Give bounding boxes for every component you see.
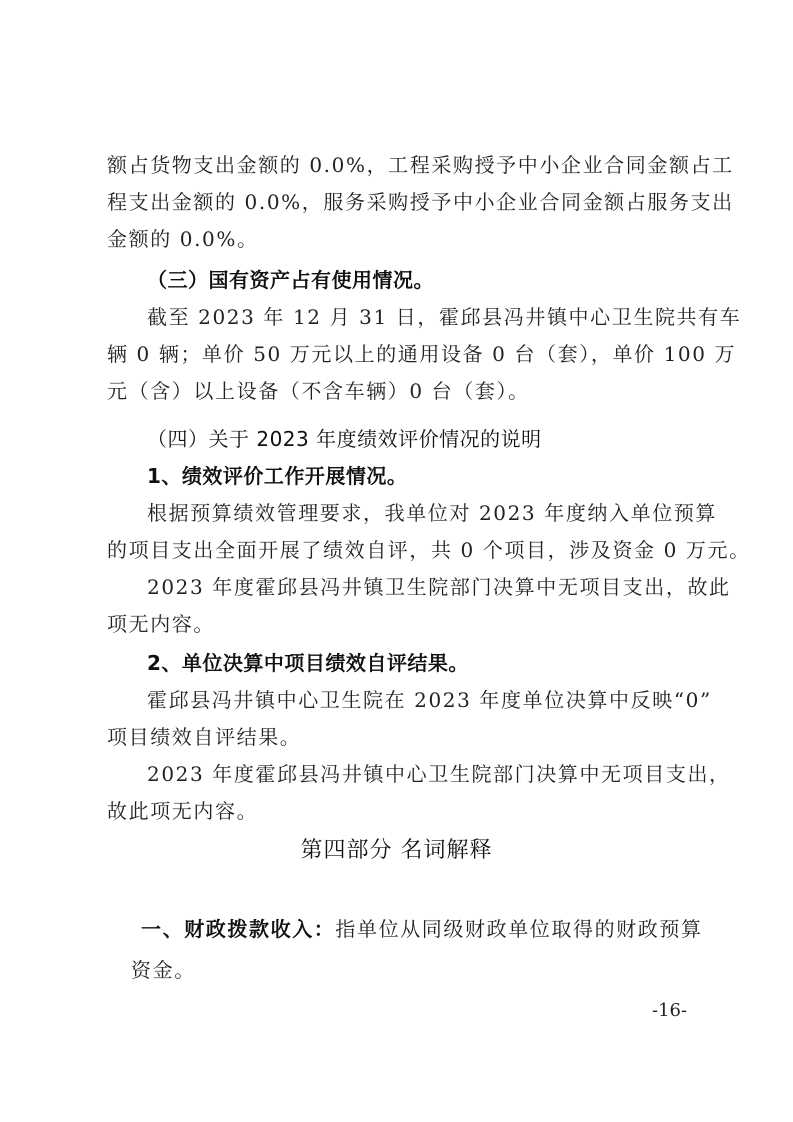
paragraph-line: 2023 年度霍邱县冯井镇卫生院部门决算中无项目支出，故此	[147, 575, 691, 599]
paragraph-line: 项无内容。	[107, 612, 691, 636]
paragraph-line: 金额的 0.0%。	[107, 227, 691, 251]
paragraph-line: 项目绩效自评结果。	[107, 725, 691, 749]
section-heading-performance: （四）关于 2023 年度绩效评价情况的说明	[147, 427, 691, 451]
paragraph-line: 额占货物支出金额的 0.0%，工程采购授予中小企业合同金额占工	[107, 153, 691, 177]
paragraph-line: 程支出金额的 0.0%，服务采购授予中小企业合同金额占服务支出	[107, 190, 691, 214]
paragraph-line: 截至 2023 年 12 月 31 日，霍邱县冯井镇中心卫生院共有车	[147, 305, 691, 329]
paragraph-line: 根据预算绩效管理要求，我单位对 2023 年度纳入单位预算	[147, 501, 691, 525]
subsection-heading-1: 1、绩效评价工作开展情况。	[147, 464, 691, 488]
paragraph-line: 霍邱县冯井镇中心卫生院在 2023 年度单位决算中反映“0”	[147, 688, 691, 712]
term-text: 指单位从同级财政单位取得的财政预算	[335, 917, 702, 941]
paragraph-line: 资金。	[131, 958, 715, 982]
section-heading-assets: （三）国有资产占有使用情况。	[147, 268, 691, 292]
paragraph-line: 的项目支出全面开展了绩效自评，共 0 个项目，涉及资金 0 万元。	[107, 538, 691, 562]
term-label: 一、财政拨款收入：	[141, 917, 335, 941]
paragraph-line: 故此项无内容。	[107, 799, 691, 823]
term-definition: 一、财政拨款收入：指单位从同级财政单位取得的财政预算	[141, 917, 691, 941]
subsection-heading-2: 2、单位决算中项目绩效自评结果。	[147, 651, 691, 675]
paragraph-line: 辆 0 辆；单价 50 万元以上的通用设备 0 台（套），单价 100 万	[107, 342, 691, 366]
document-page: 额占货物支出金额的 0.0%，工程采购授予中小企业合同金额占工 程支出金额的 0…	[0, 0, 793, 1122]
paragraph-line: 2023 年度霍邱县冯井镇中心卫生院部门决算中无项目支出，	[147, 762, 691, 786]
paragraph-line: 元（含）以上设备（不含车辆）0 台（套）。	[107, 379, 691, 403]
part-title: 第四部分 名词解释	[0, 838, 793, 864]
page-number: -16-	[652, 1000, 687, 1021]
